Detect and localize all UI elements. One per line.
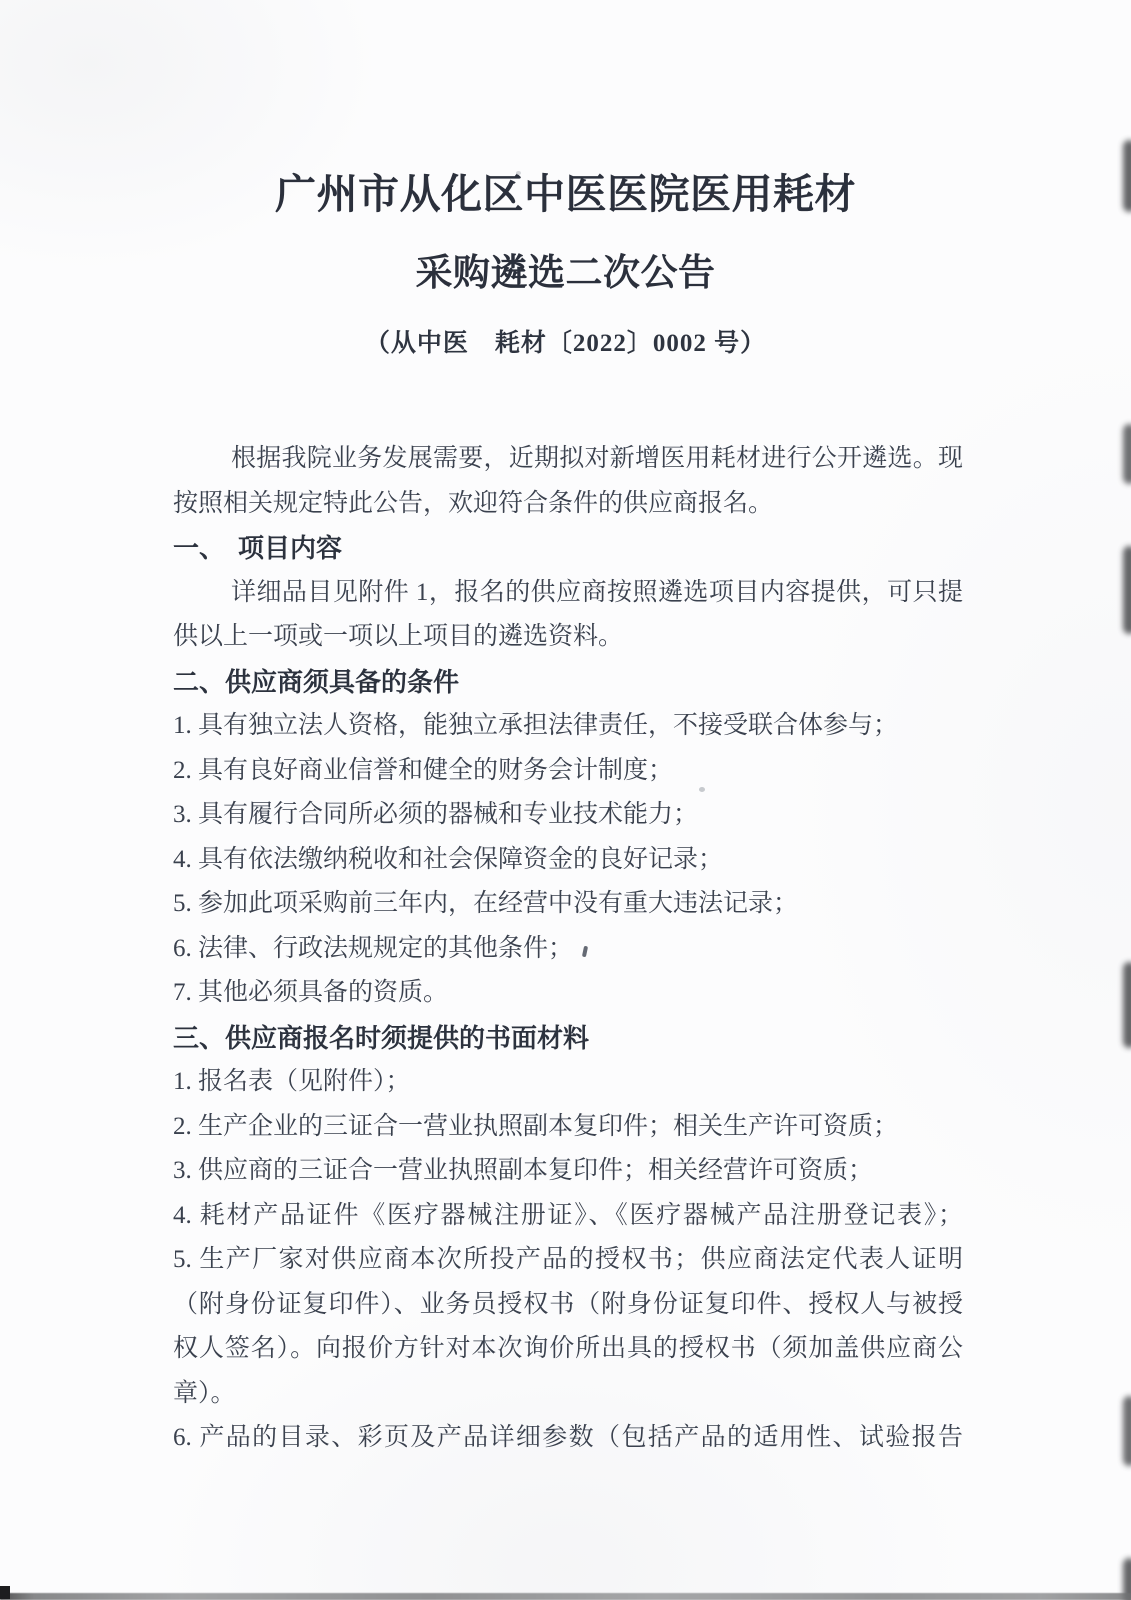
page-title-line-2: 采购遴选二次公告 xyxy=(0,250,1131,296)
document-line: 5. 参加此项采购前三年内，在经营中没有重大违法记录； xyxy=(173,882,963,927)
document-line: 根据我院业务发展需要，近期拟对新增医用耗材进行公开遴选。现 xyxy=(173,437,963,482)
scan-edge-smudge xyxy=(1123,962,1131,1048)
document-line: 详细品目见附件 1，报名的供应商按照遴选项目内容提供，可只提 xyxy=(173,571,963,616)
document-body: 根据我院业务发展需要，近期拟对新增医用耗材进行公开遴选。现按照相关规定特此公告，… xyxy=(173,437,963,1461)
document-line: 章）。 xyxy=(173,1372,963,1417)
document-reference-number: （从中医 耗材〔2022〕0002 号） xyxy=(0,328,1131,360)
scan-edge-smudge xyxy=(1123,546,1131,634)
document-line: 2. 生产企业的三证合一营业执照副本复印件；相关生产许可资质； xyxy=(173,1105,963,1150)
scan-edge-smudge xyxy=(1123,424,1131,484)
scan-bottom-edge xyxy=(0,1593,1131,1600)
document-line: 7. 其他必须具备的资质。 xyxy=(173,971,963,1016)
document-line: 6. 法律、行政法规规定的其他条件； xyxy=(173,927,963,972)
document-line: 6. 产品的目录、彩页及产品详细参数（包括产品的适用性、试验报告 xyxy=(173,1416,963,1461)
document-line: 4. 具有依法缴纳税收和社会保障资金的良好记录； xyxy=(173,838,963,883)
document-line: 3. 具有履行合同所必须的器械和专业技术能力； xyxy=(173,793,963,838)
document-line: 权人签名）。向报价方针对本次询价所出具的授权书（须加盖供应商公 xyxy=(173,1327,963,1372)
document-line: 1. 报名表（见附件）； xyxy=(173,1060,963,1105)
page-title-line-1: 广州市从化区中医医院医用耗材 xyxy=(0,170,1131,218)
document-line: 按照相关规定特此公告，欢迎符合条件的供应商报名。 xyxy=(173,482,963,527)
document-line: 4. 耗材产品证件《医疗器械注册证》、《医疗器械产品注册登记表》； xyxy=(173,1194,963,1239)
scan-edge-smudge xyxy=(1123,1396,1131,1466)
document-line: 供以上一项或一项以上项目的遴选资料。 xyxy=(173,615,963,660)
scanned-document-page: 广州市从化区中医医院医用耗材 采购遴选二次公告 （从中医 耗材〔2022〕000… xyxy=(0,0,1131,1600)
section-heading-line: 三、供应商报名时须提供的书面材料 xyxy=(173,1016,963,1061)
document-line: 1. 具有独立法人资格，能独立承担法律责任，不接受联合体参与； xyxy=(173,704,963,749)
document-line: （附身份证复印件）、业务员授权书（附身份证复印件、授权人与被授 xyxy=(173,1283,963,1328)
section-heading-line: 二、供应商须具备的条件 xyxy=(173,660,963,705)
scan-bottom-corner-mark xyxy=(0,1586,10,1599)
document-line: 2. 具有良好商业信誉和健全的财务会计制度； xyxy=(173,749,963,794)
scan-edge-smudge xyxy=(1123,140,1131,212)
document-line: 5. 生产厂家对供应商本次所投产品的授权书；供应商法定代表人证明 xyxy=(173,1238,963,1283)
document-line: 3. 供应商的三证合一营业执照副本复印件；相关经营许可资质； xyxy=(173,1149,963,1194)
section-heading-line: 一、 项目内容 xyxy=(173,526,963,571)
